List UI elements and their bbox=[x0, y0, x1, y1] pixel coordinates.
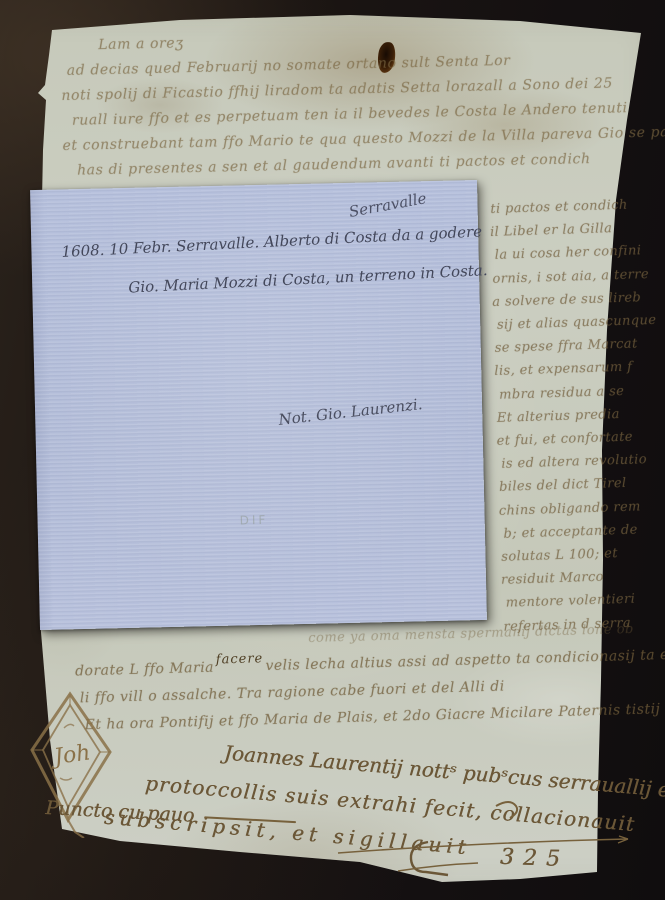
ink-underline bbox=[204, 816, 296, 823]
page-number: 325 bbox=[500, 845, 570, 872]
notary-monogram: Joh bbox=[49, 740, 92, 770]
note-summary-line-2: Gio. Maria Mozzi di Costa, un terreno in… bbox=[128, 261, 488, 297]
blue-note: Serravalle 1608. 10 Febr. Serravalle. Al… bbox=[30, 180, 487, 630]
manuscript-mid-text: come ya oma mensta spermanij dictas lone… bbox=[56, 614, 665, 740]
note-summary-line-1: 1608. 10 Febr. Serravalle. Alberto di Co… bbox=[61, 222, 482, 261]
note-signature: Not. Gio. Laurenzi. bbox=[278, 395, 424, 429]
note-place-label: Serravalle bbox=[348, 189, 428, 221]
inserted-word: facere bbox=[215, 645, 263, 673]
manuscript-top-text: Lam a oreʒ ad decias qued Februarij no s… bbox=[60, 20, 665, 184]
paper-watermark: DIF bbox=[239, 513, 268, 528]
archival-photo: Lam a oreʒ ad decias qued Februarij no s… bbox=[0, 0, 665, 900]
manuscript-right-fragments: ti pactos et condich il Libel er la Gill… bbox=[489, 193, 665, 639]
manuscript-line-part: dorate L ffo Maria bbox=[75, 660, 214, 680]
